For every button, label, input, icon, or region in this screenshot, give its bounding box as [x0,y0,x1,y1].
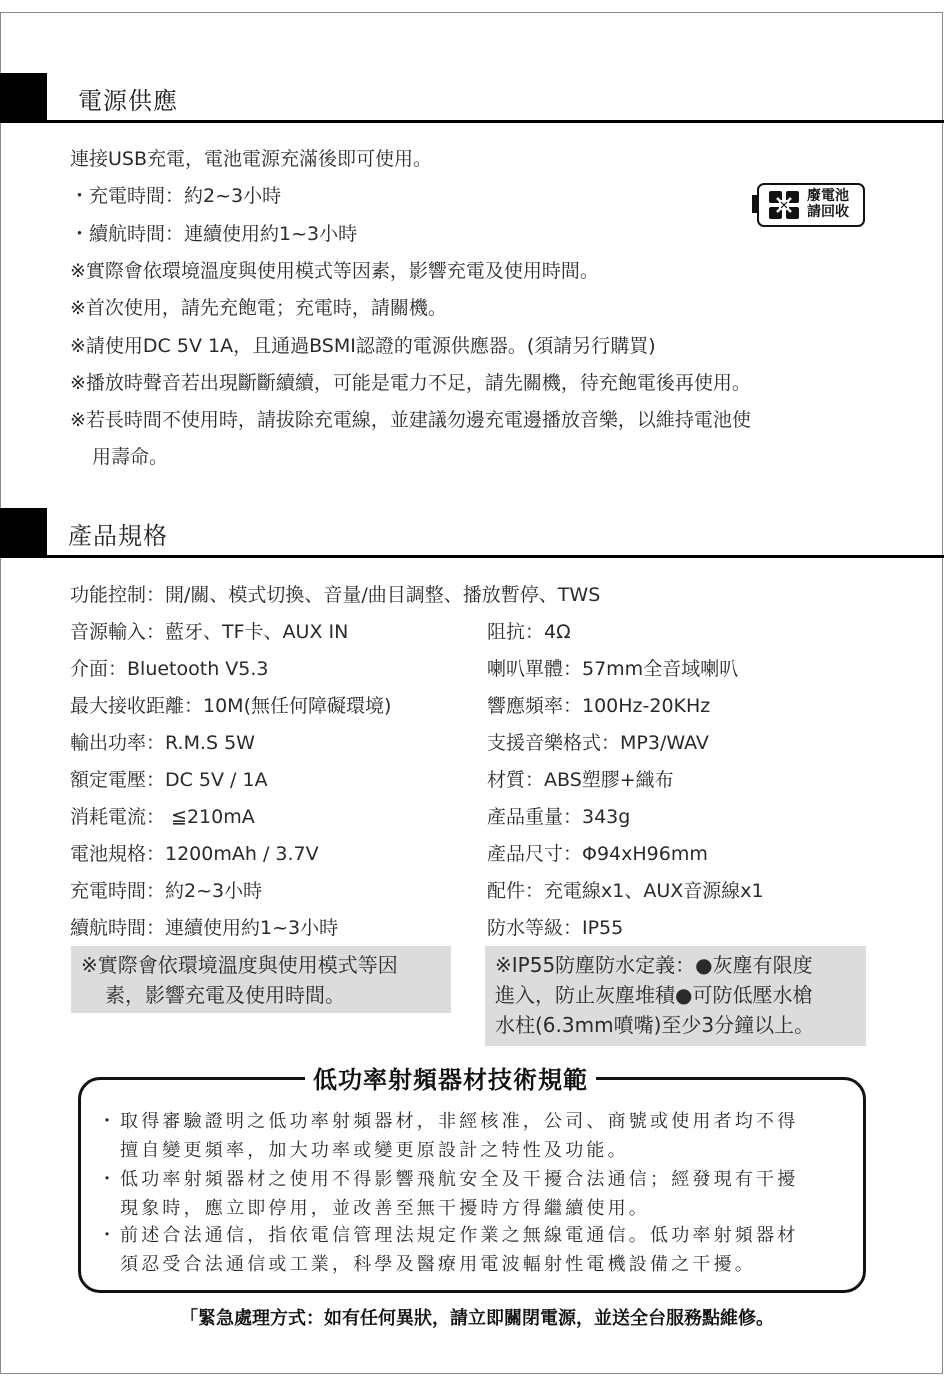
spec-right-item: 產品尺寸：Φ94xH96mm [487,841,708,867]
power-note: ※播放時聲音若出現斷斷續續，可能是電力不足，請先關機，待充飽電後再使用。 [70,370,751,396]
emergency-instruction: 「緊急處理方式：如有任何異狀，請立即關閉電源，並送全台服務點維修。 [0,1304,946,1330]
spec-left-item: 最大接收距離：10M(無任何障礙環境) [70,693,391,719]
spec-right-item: 材質：ABS塑膠+織布 [487,767,674,793]
note-line: ※IP55防塵防水定義：●灰塵有限度 [495,950,866,980]
section-title-power: 電源供應 [78,81,178,116]
power-bullet-runtime: ・續航時間：連續使用約1~3小時 [70,221,357,247]
power-bullet-charge-time: ・充電時間：約2~3小時 [70,183,281,209]
section-rule [47,555,944,558]
recycle-text-line1: 廢電池 [807,188,849,204]
power-intro: 連接USB充電，電池電源充滿後即可使用。 [70,146,432,172]
spec-note-usage: ※實際會依環境溫度與使用模式等因 素，影響充電及使用時間。 [71,946,451,1013]
spec-right-item: 防水等級：IP55 [487,915,623,941]
note-line: ※實際會依環境溫度與使用模式等因 [81,950,451,980]
spec-right-item: 產品重量：343g [487,804,630,830]
spec-right-item: 響應頻率：100Hz-20KHz [487,693,710,719]
recycle-text-line2: 請回收 [807,204,849,220]
rf-item-line: 低功率射頻器材之使用不得影響飛航安全及干擾合法通信；經發現有干擾 [98,1165,858,1194]
spec-left-item: 續航時間：連續使用約1~3小時 [70,915,338,941]
spec-right-item: 阻抗：4Ω [487,619,571,645]
battery-body: 廢電池 請回收 [757,183,865,227]
battery-recycle-badge: 廢電池 請回收 [752,183,864,225]
power-note: ※實際會依環境溫度與使用模式等因素，影響充電及使用時間。 [70,258,599,284]
rf-item: ・ 低功率射頻器材之使用不得影響飛航安全及干擾合法通信；經發現有干擾 現象時，應… [98,1165,858,1223]
bullet-dot: ・ [98,1165,119,1194]
spec-note-ip55: ※IP55防塵防水定義：●灰塵有限度 進入，防止灰塵堆積●可防低壓水槍 水柱(6… [485,946,866,1046]
note-line: 素，影響充電及使用時間。 [81,980,451,1010]
spec-left-item: 充電時間：約2~3小時 [70,878,262,904]
battery-recycle-icon [768,190,800,220]
rf-item-line: 現象時，應立即停用，並改善至無干擾時方得繼續使用。 [98,1194,858,1223]
spec-left-item: 介面：Bluetooth V5.3 [70,656,269,682]
section-header-specs: 產品規格 [0,508,944,558]
spec-left-item: 音源輸入：藍牙、TF卡、AUX IN [70,619,348,645]
rf-item: ・ 前述合法通信，指依電信管理法規定作業之無線電通信。低功率射頻器材 須忍受合法… [98,1221,858,1279]
spec-right-item: 配件：充電線x1、AUX音源線x1 [487,878,764,904]
spec-right-item: 喇叭單體：57mm全音域喇叭 [487,656,738,682]
section-rule [47,120,944,123]
section-title-specs: 產品規格 [68,516,168,551]
power-note: ※若長時間不使用時，請拔除充電線，並建議勿邊充電邊播放音樂，以維持電池使 [70,407,751,433]
rf-item: ・ 取得審驗證明之低功率射頻器材，非經核准，公司、商號或使用者均不得 擅自變更頻… [98,1107,858,1165]
recycle-text: 廢電池 請回收 [807,188,849,220]
power-note: ※請使用DC 5V 1A，且通過BSMI認證的電源供應器。(須請另行購買) [70,333,656,359]
rf-item-line: 擅自變更頻率，加大功率或變更原設計之特性及功能。 [98,1136,858,1165]
spec-right-item: 支援音樂格式：MP3/WAV [487,730,709,756]
section-marker-block [0,508,47,558]
bullet-dot: ・ [98,1221,119,1250]
note-line: 進入，防止灰塵堆積●可防低壓水槍 [495,980,866,1010]
section-header-power: 電源供應 [0,73,944,123]
spec-left-item: 額定電壓：DC 5V / 1A [70,767,268,793]
spec-left-item: 電池規格：1200mAh / 3.7V [70,841,319,867]
rf-item-line: 取得審驗證明之低功率射頻器材，非經核准，公司、商號或使用者均不得 [98,1107,858,1136]
rf-regulation-title: 低功率射頻器材技術規範 [305,1060,596,1095]
section-marker-block [0,73,47,123]
power-note: ※首次使用，請先充飽電；充電時，請關機。 [70,295,447,321]
page-frame-left-edge [0,12,1,1374]
rf-item-line: 前述合法通信，指依電信管理法規定作業之無線電通信。低功率射頻器材 [98,1221,858,1250]
spec-function-control: 功能控制：開/關、模式切換、音量/曲目調整、播放暫停、TWS [70,582,600,608]
bullet-dot: ・ [98,1107,119,1136]
rf-item-line: 須忍受合法通信或工業，科學及醫療用電波輻射性電機設備之干擾。 [98,1250,858,1279]
spec-left-item: 輸出功率：R.M.S 5W [70,730,255,756]
power-note-continuation: 用壽命。 [92,444,168,470]
spec-left-item: 消耗電流： ≦210mA [70,804,255,830]
note-line: 水柱(6.3mm噴嘴)至少3分鐘以上。 [495,1010,866,1040]
